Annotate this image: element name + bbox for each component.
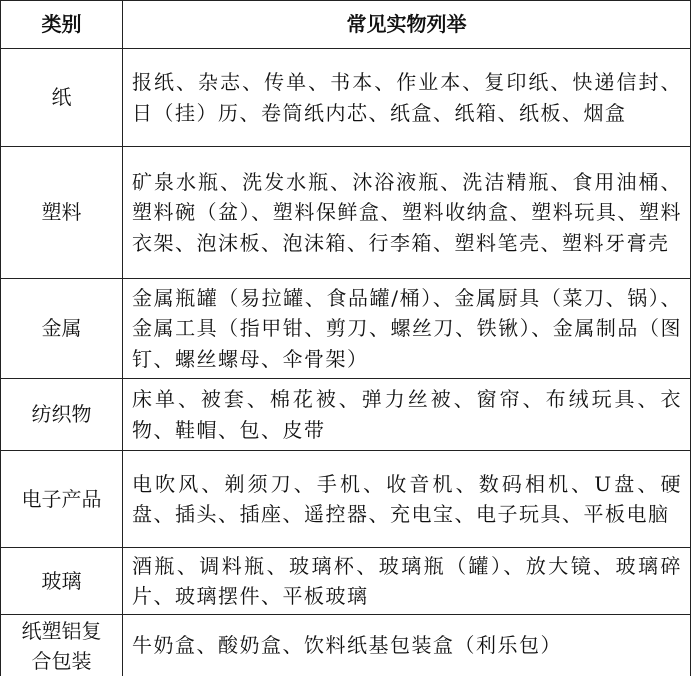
category-cell: 纺织物: [1, 379, 123, 451]
table-row: 纺织物 床单、被套、棉花被、弹力丝被、窗帘、布绒玩具、衣物、鞋帽、包、皮带: [1, 379, 691, 451]
items-cell: 电吹风、剃须刀、手机、收音机、数码相机、U盘、硬盘、插头、插座、遥控器、充电宝、…: [123, 451, 691, 548]
items-cell: 酒瓶、调料瓶、玻璃杯、玻璃瓶（罐）、放大镜、玻璃碎片、玻璃摆件、平板玻璃: [123, 548, 691, 615]
items-cell: 报纸、杂志、传单、书本、作业本、复印纸、快递信封、日（挂）历、卷筒纸内芯、纸盒、…: [123, 49, 691, 147]
category-cell: 电子产品: [1, 451, 123, 548]
table-row: 纸 报纸、杂志、传单、书本、作业本、复印纸、快递信封、日（挂）历、卷筒纸内芯、纸…: [1, 49, 691, 147]
items-cell: 牛奶盒、酸奶盒、饮料纸基包装盒（利乐包）: [123, 615, 691, 676]
table-row: 纸塑铝复合包装 牛奶盒、酸奶盒、饮料纸基包装盒（利乐包）: [1, 615, 691, 676]
table-row: 电子产品 电吹风、剃须刀、手机、收音机、数码相机、U盘、硬盘、插头、插座、遥控器…: [1, 451, 691, 548]
table-row: 塑料 矿泉水瓶、洗发水瓶、沐浴液瓶、洗洁精瓶、食用油桶、塑料碗（盆）、塑料保鲜盒…: [1, 147, 691, 279]
header-category: 类别: [1, 1, 123, 49]
recyclables-table: 类别 常见实物列举 纸 报纸、杂志、传单、书本、作业本、复印纸、快递信封、日（挂…: [0, 0, 691, 676]
category-cell: 金属: [1, 279, 123, 379]
table-header: 类别 常见实物列举: [1, 1, 691, 49]
table-row: 金属 金属瓶罐（易拉罐、食品罐/桶）、金属厨具（菜刀、锅）、金属工具（指甲钳、剪…: [1, 279, 691, 379]
category-cell: 纸塑铝复合包装: [1, 615, 123, 676]
category-cell: 塑料: [1, 147, 123, 279]
items-cell: 金属瓶罐（易拉罐、食品罐/桶）、金属厨具（菜刀、锅）、金属工具（指甲钳、剪刀、螺…: [123, 279, 691, 379]
table-row: 玻璃 酒瓶、调料瓶、玻璃杯、玻璃瓶（罐）、放大镜、玻璃碎片、玻璃摆件、平板玻璃: [1, 548, 691, 615]
header-examples: 常见实物列举: [123, 1, 691, 49]
category-cell: 纸: [1, 49, 123, 147]
items-cell: 矿泉水瓶、洗发水瓶、沐浴液瓶、洗洁精瓶、食用油桶、塑料碗（盆）、塑料保鲜盒、塑料…: [123, 147, 691, 279]
items-cell: 床单、被套、棉花被、弹力丝被、窗帘、布绒玩具、衣物、鞋帽、包、皮带: [123, 379, 691, 451]
category-cell: 玻璃: [1, 548, 123, 615]
